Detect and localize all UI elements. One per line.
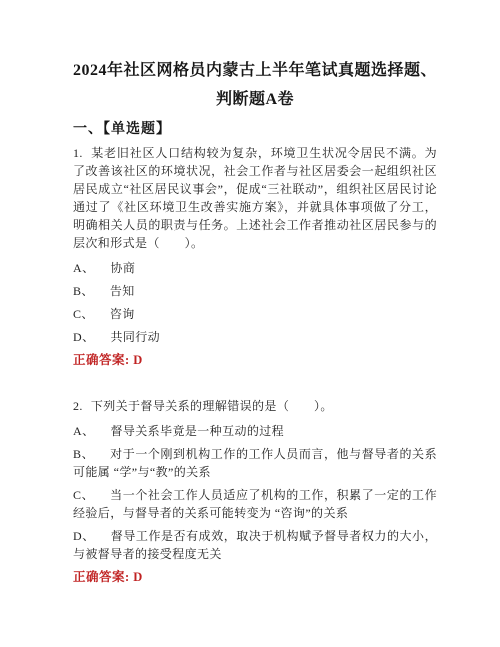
option-text: 共同行动: [110, 330, 160, 344]
option-letter: C、: [73, 488, 94, 502]
option-text: 协商: [110, 261, 135, 275]
option-letter: D、: [73, 529, 95, 543]
option-text: 督导关系毕竟是一种互动的过程: [110, 424, 284, 438]
option-text: 当一个社会工作人员适应了机构的工作，积累了一定的工作经验后，与督导者的关系可能转…: [73, 488, 437, 520]
option-row-d: D、共同行动: [73, 328, 437, 346]
option-letter: B、: [73, 284, 94, 298]
option-text: 对于一个刚到机构工作的工作人员而言，他与督导者的关系可能属 “学”与“教”的关系: [73, 447, 437, 479]
correct-answer-line: 正确答案: D: [73, 351, 437, 369]
option-letter: B、: [73, 447, 94, 461]
option-row-a: A、督导关系毕竟是一种互动的过程: [73, 422, 437, 440]
option-letter: C、: [73, 307, 94, 321]
option-letter: A、: [73, 261, 94, 275]
question-stem: 1.某老旧社区人口结构较为复杂，环境卫生状况令居民不满。为了改善该社区的环境状况…: [73, 144, 437, 252]
option-text: 督导工作是否有成效，取决于机构赋予督导者权力的大小，与被督导者的接受程度无关: [73, 529, 437, 561]
question-block-2: 2.下列关于督导关系的理解错误的是（ ）。 A、督导关系毕竟是一种互动的过程 B…: [73, 397, 437, 586]
question-stem: 2.下列关于督导关系的理解错误的是（ ）。: [73, 397, 437, 415]
correct-answer-line: 正确答案: D: [73, 568, 437, 586]
option-row-b: B、告知: [73, 282, 437, 300]
section-heading: 一、【单选题】: [73, 120, 437, 140]
option-row-a: A、协商: [73, 259, 437, 277]
option-row-c: C、咨询: [73, 305, 437, 323]
page-title: 2024年社区网格员内蒙古上半年笔试真题选择题、判断题A卷: [73, 56, 437, 114]
exam-document-page: 2024年社区网格员内蒙古上半年笔试真题选择题、判断题A卷 一、【单选题】 1.…: [0, 0, 500, 647]
question-stem-text: 下列关于督导关系的理解错误的是（ ）。: [91, 399, 333, 413]
option-text: 告知: [110, 284, 135, 298]
question-number: 1.: [73, 146, 83, 160]
option-text: 咨询: [110, 307, 135, 321]
option-row-d: D、督导工作是否有成效，取决于机构赋予督导者权力的大小，与被督导者的接受程度无关: [73, 527, 437, 563]
option-row-c: C、当一个社会工作人员适应了机构的工作，积累了一定的工作经验后，与督导者的关系可…: [73, 486, 437, 522]
question-block-1: 1.某老旧社区人口结构较为复杂，环境卫生状况令居民不满。为了改善该社区的环境状况…: [73, 144, 437, 369]
option-row-b: B、对于一个刚到机构工作的工作人员而言，他与督导者的关系可能属 “学”与“教”的…: [73, 445, 437, 481]
question-number: 2.: [73, 399, 83, 413]
option-letter: D、: [73, 330, 94, 344]
question-stem-text: 某老旧社区人口结构较为复杂，环境卫生状况令居民不满。为了改善该社区的环境状况，社…: [73, 146, 437, 250]
option-letter: A、: [73, 424, 94, 438]
